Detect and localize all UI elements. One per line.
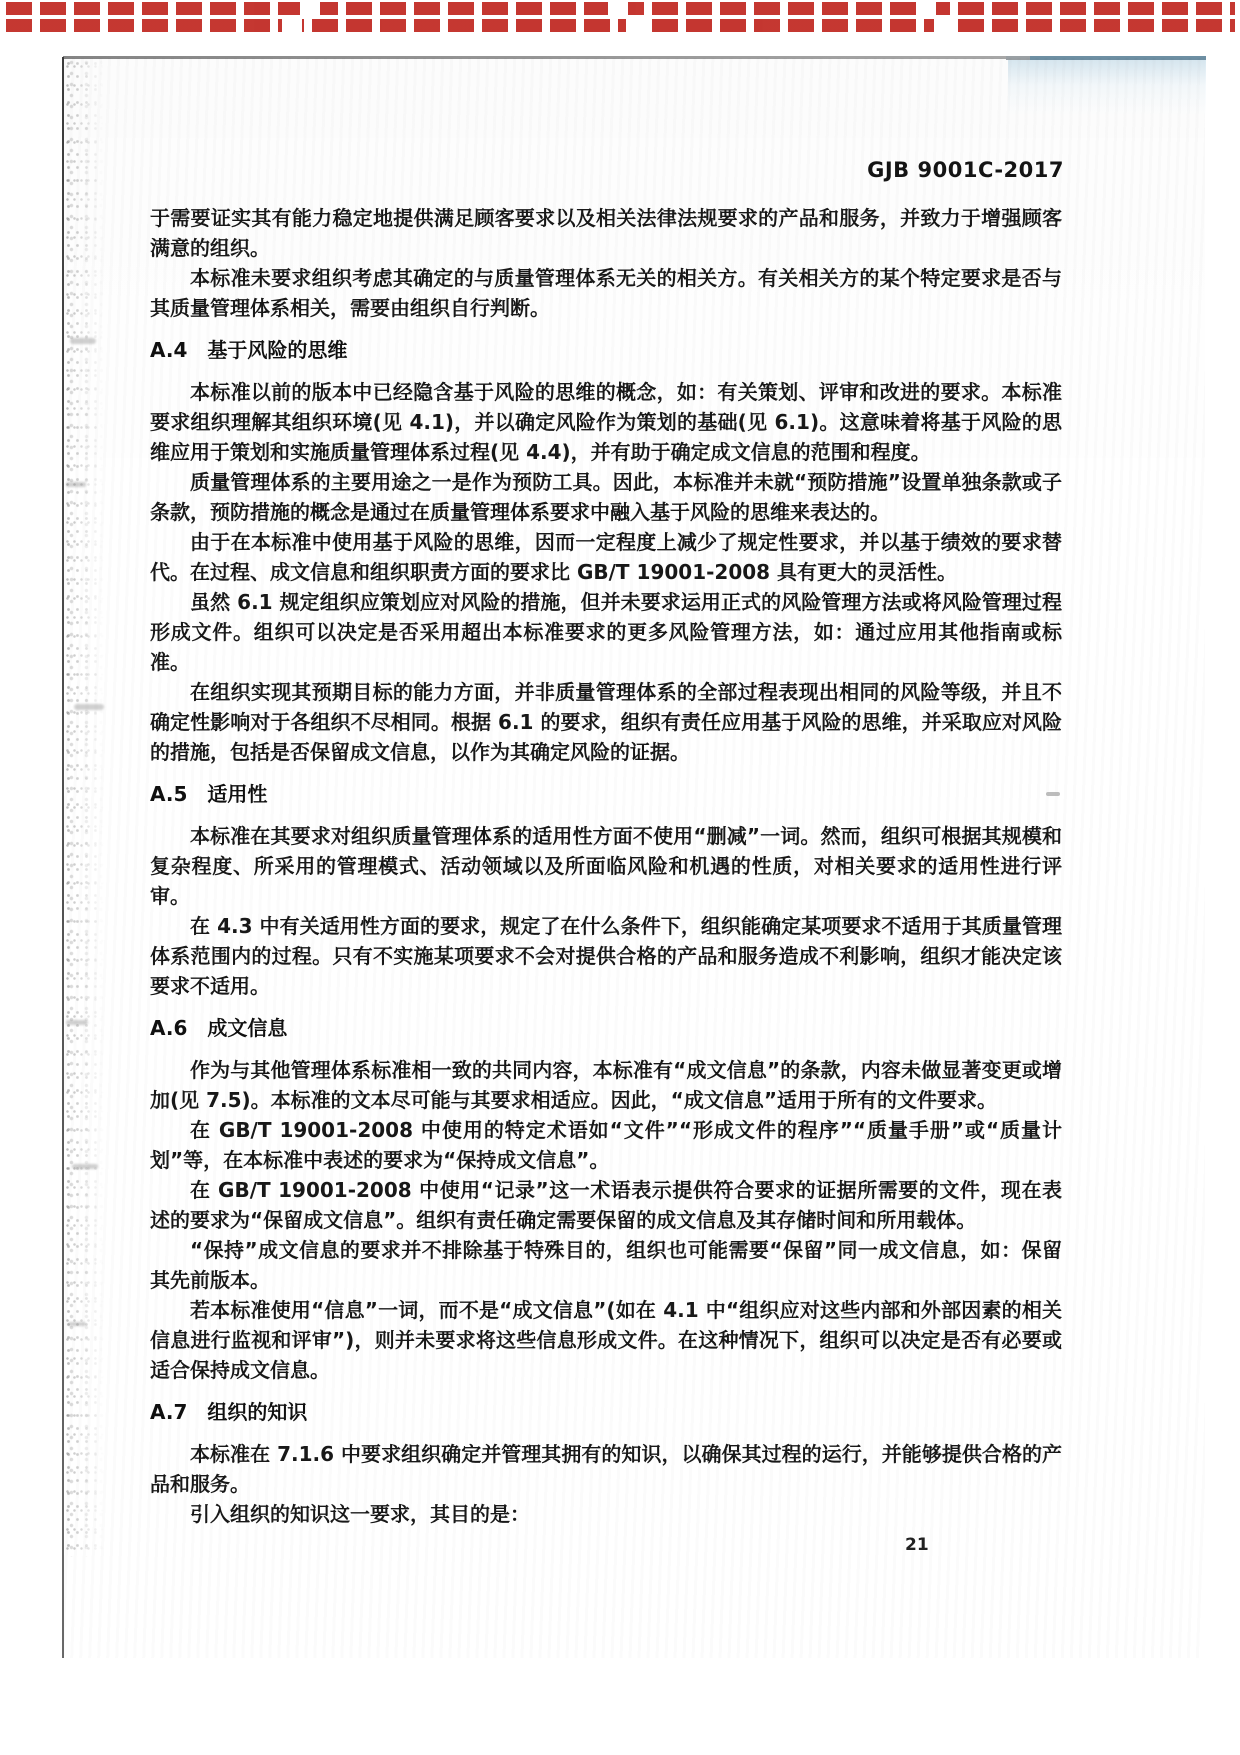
scanned-document-page: { "colors": { "accent_blue": "#6d8fa3", … bbox=[0, 0, 1240, 1755]
body-paragraph: 由于在本标准中使用基于风险的思维，因而一定程度上减少了规定性要求，并以基于绩效的… bbox=[150, 527, 1062, 587]
body-paragraph: 作为与其他管理体系标准相一致的共同内容，本标准有“成文信息”的条款，内容未做显著… bbox=[150, 1055, 1062, 1115]
scan-smudge bbox=[66, 482, 86, 487]
doc-header-number: GJB 9001C-2017 bbox=[150, 158, 1064, 182]
body-paragraph: 在 GB/T 19001-2008 中使用的特定术语如“文件”“形成文件的程序”… bbox=[150, 1115, 1062, 1175]
body-paragraph: 于需要证实其有能力稳定地提供满足顾客要求以及相关法律法规要求的产品和服务，并致力… bbox=[150, 203, 1062, 263]
section-heading: A.6 成文信息 bbox=[150, 1013, 1062, 1043]
scan-smudge bbox=[70, 338, 96, 344]
body-paragraph: 在 GB/T 19001-2008 中使用“记录”这一术语表示提供符合要求的证据… bbox=[150, 1175, 1062, 1235]
page-number: 21 bbox=[905, 1535, 945, 1555]
doc-body: 于需要证实其有能力稳定地提供满足顾客要求以及相关法律法规要求的产品和服务，并致力… bbox=[150, 203, 1062, 1529]
scan-smudge bbox=[68, 1322, 86, 1326]
scan-smudge bbox=[66, 1020, 88, 1025]
body-paragraph: 本标准未要求组织考虑其确定的与质量管理体系无关的相关方。有关相关方的某个特定要求… bbox=[150, 263, 1062, 323]
section-heading: A.5 适用性 bbox=[150, 779, 1062, 809]
body-paragraph: 引入组织的知识这一要求，其目的是： bbox=[150, 1499, 1062, 1529]
body-paragraph: 质量管理体系的主要用途之一是作为预防工具。因此，本标准并未就“预防措施”设置单独… bbox=[150, 467, 1062, 527]
scan-smudge bbox=[74, 704, 104, 710]
left-margin-scan-noise bbox=[64, 57, 106, 1557]
body-paragraph: 若本标准使用“信息”一词，而不是“成文信息”(如在 4.1 中“组织应对这些内部… bbox=[150, 1295, 1062, 1385]
body-paragraph: 本标准以前的版本中已经隐含基于风险的思维的概念，如：有关策划、评审和改进的要求。… bbox=[150, 377, 1062, 467]
body-paragraph: 本标准在其要求对组织质量管理体系的适用性方面不使用“删减”一词。然而，组织可根据… bbox=[150, 821, 1062, 911]
red-scan-artifact-row-2 bbox=[6, 19, 1235, 32]
blue-scan-tint bbox=[1008, 60, 1206, 116]
body-paragraph: 在 4.3 中有关适用性方面的要求，规定了在什么条件下，组织能确定某项要求不适用… bbox=[150, 911, 1062, 1001]
body-paragraph: 本标准在 7.1.6 中要求组织确定并管理其拥有的知识，以确保其过程的运行，并能… bbox=[150, 1439, 1062, 1499]
section-heading: A.4 基于风险的思维 bbox=[150, 335, 1062, 365]
artifact-gap bbox=[282, 19, 302, 53]
page-top-edge bbox=[63, 56, 1028, 59]
body-paragraph: 在组织实现其预期目标的能力方面，并非质量管理体系的全部过程表现出相同的风险等级，… bbox=[150, 677, 1062, 767]
body-paragraph: 虽然 6.1 规定组织应策划应对风险的措施，但并未要求运用正式的风险管理方法或将… bbox=[150, 587, 1062, 677]
artifact-gap bbox=[934, 19, 954, 53]
body-paragraph: “保持”成文信息的要求并不排除基于特殊目的，组织也可能需要“保留”同一成文信息，… bbox=[150, 1235, 1062, 1295]
scan-smudge bbox=[72, 1164, 98, 1169]
section-heading: A.7 组织的知识 bbox=[150, 1397, 1062, 1427]
artifact-gap bbox=[626, 19, 646, 53]
red-scan-artifact-row-1 bbox=[6, 2, 1235, 15]
